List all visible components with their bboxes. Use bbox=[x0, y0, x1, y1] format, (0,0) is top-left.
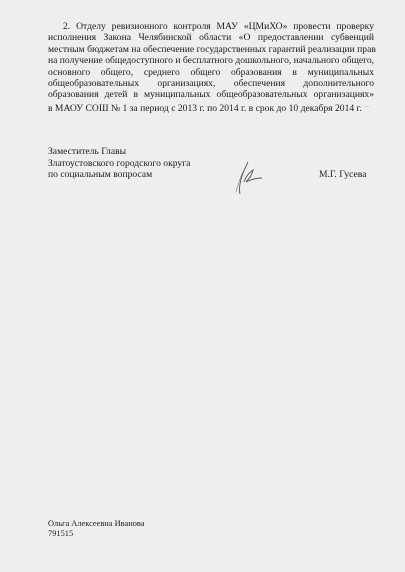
paragraph-line: 2. Отделу ревизионного контроля МАУ «ЦМи… bbox=[48, 21, 374, 32]
signatory-name: М.Г. Гусева bbox=[319, 169, 366, 180]
paragraph-line: основного общего, среднего общего образо… bbox=[48, 67, 374, 78]
handwritten-signature-icon bbox=[226, 156, 266, 196]
order-paragraph: 2. Отделу ревизионного контроля МАУ «ЦМи… bbox=[48, 21, 374, 114]
paragraph-line: общеобразовательных организациях, обеспе… bbox=[48, 78, 374, 89]
signatory-title-line: Заместитель Главы bbox=[48, 146, 190, 158]
document-page: 2. Отделу ревизионного контроля МАУ «ЦМи… bbox=[0, 0, 405, 572]
paragraph-line: на получение общедоступного и бесплатног… bbox=[48, 55, 374, 66]
paragraph-line-last: в МАОУ СОШ № 1 за период с 2013 г. по 20… bbox=[48, 101, 374, 115]
signatory-title-line: по социальным вопросам bbox=[48, 169, 190, 181]
paragraph-line: образования детей в муниципальных общеоб… bbox=[48, 89, 374, 100]
executor-info: Ольга Алексеевна Иванова 791515 bbox=[48, 519, 144, 539]
executor-phone: 791515 bbox=[48, 529, 144, 539]
executor-name: Ольга Алексеевна Иванова bbox=[48, 519, 144, 529]
paragraph-line: местным бюджетам на обеспечение государс… bbox=[48, 44, 374, 55]
signatory-title-line: Златоустовского городского округа bbox=[48, 158, 190, 170]
signatory-title: Заместитель Главы Златоустовского городс… bbox=[48, 146, 190, 181]
paragraph-line: исполнения Закона Челябинской области «О… bbox=[48, 32, 374, 43]
margin-mark: … bbox=[364, 103, 370, 109]
paragraph-line-text: в МАОУ СОШ № 1 за период с 2013 г. по 20… bbox=[48, 103, 362, 114]
